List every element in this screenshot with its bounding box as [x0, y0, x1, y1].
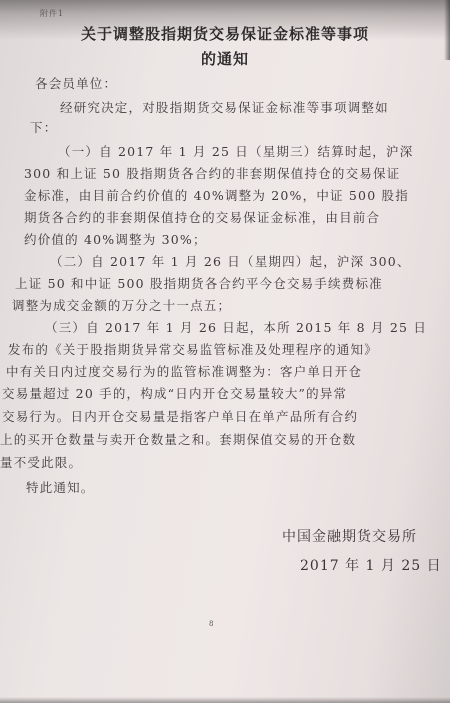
item-1-line: 金标准，由目前合约价值的 40%调整为 20%，中证 500 股指	[24, 186, 409, 204]
attachment-label: 附件1	[40, 8, 64, 19]
item-2-line: （二）自 2017 年 1 月 26 日（星期四）起，沪深 300、	[50, 252, 411, 270]
intro-line: 下：	[30, 118, 57, 136]
item-1-line: 期货各合约的非套期保值持仓的交易保证金标准，由目前合	[24, 208, 380, 226]
item-2-line: 上证 50 和中证 500 股指期货各合约平今仓交易手续费标准	[15, 274, 383, 292]
item-3-line: 交易行为。日内开仓交易量是指客户单日在单产品所有合约	[2, 407, 358, 425]
document-title-line-1: 关于调整股指期货交易保证金标准等事项	[10, 23, 440, 44]
intro-line: 经研究决定，对股指期货交易保证金标准等事项调整如	[60, 98, 389, 116]
document-title-line-2: 的通知	[0, 48, 450, 69]
item-1-line: 约价值的 40%调整为 30%；	[24, 230, 207, 248]
salutation: 各会员单位：	[35, 74, 117, 92]
item-2-line: 调整为成交金额的万分之十一点五；	[12, 296, 231, 314]
page-number: 8	[209, 620, 213, 628]
item-3-line: 交易量超过 20 手的，构成“日内开仓交易量较大”的异常	[2, 384, 347, 402]
item-1-line: 300 和上证 50 股指期货各合约的非套期保值持仓的交易保证	[24, 164, 400, 182]
issue-date: 2017 年 1 月 25 日	[300, 555, 442, 575]
item-1-line: （一）自 2017 年 1 月 25 日（星期三）结算时起，沪深	[58, 142, 413, 160]
closing-text: 特此通知。	[26, 478, 95, 496]
item-3-line: 发布的《关于股指期货异常交易监管标准及处理程序的通知》	[8, 340, 378, 358]
item-3-line: （三）自 2017 年 1 月 26 日起，本所 2015 年 8 月 25 日	[45, 318, 427, 336]
issuer-name: 中国金融期货交易所	[282, 526, 417, 546]
item-3-line: 中有关日内过度交易行为的监管标准调整为：客户单日开仓	[6, 362, 362, 380]
item-3-line: 上的买开仓数量与卖开仓数量之和。套期保值交易的开仓数	[0, 430, 356, 448]
page-bottom-shadow	[0, 697, 450, 703]
document-page: 附件1 关于调整股指期货交易保证金标准等事项 的通知 各会员单位： 经研究决定，…	[0, 0, 450, 703]
item-3-line: 量不受此限。	[0, 453, 82, 471]
